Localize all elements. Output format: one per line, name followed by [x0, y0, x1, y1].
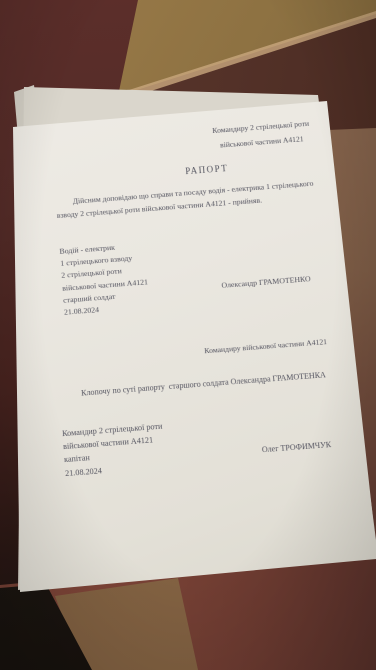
signature-block-soldier: Водій - електрик 1 стрілецького взводу 2… [59, 239, 150, 318]
report-document: Командиру 2 стрілецької роти військової … [13, 100, 376, 615]
signature-block-commander: Командир 2 стрілецької роти військової ч… [62, 420, 166, 480]
report-title: РАПОРТ [137, 159, 277, 179]
photo-scene: Командиру 2 стрілецької роти військової … [0, 0, 376, 670]
addressee-block-middle: Командиру військової частини А4121 [204, 337, 327, 355]
resolution-line: Клопочу по суті рапорту старшого солдата… [81, 370, 326, 397]
addressee-block-top: Командиру 2 стрілецької роти військової … [183, 114, 339, 155]
signature1-name: Олександр ГРАМОТЕНКО [221, 274, 311, 290]
signature2-name: Олег ТРОФИМЧУК [262, 440, 332, 454]
